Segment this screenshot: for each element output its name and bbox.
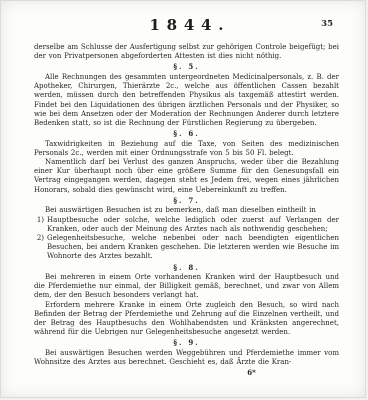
document-body: derselbe am Schlusse der Ausfertigung se… [34,43,339,377]
section-6-paragraph-1: Taxwidrigkeiten in Beziehung auf die Tax… [34,140,339,158]
section-6-heading: §. 6. [34,129,339,139]
list-item-2-label: 2) [34,234,47,262]
section-5-paragraph-1: Alle Rechnungen des gesammten untergeord… [34,73,339,128]
section-9-heading: §. 9. [34,338,339,348]
intro-paragraph: derselbe am Schlusse der Ausfertigung se… [34,43,339,61]
section-6-paragraph-2: Namentlich darf bei Verlust des ganzen A… [34,158,339,195]
list-item-1-text: Hauptbesuche oder solche, welche ledigli… [47,216,339,234]
signature-mark: 6* [34,368,339,377]
section-8-paragraph-2: Erfordern mehrere Kranke in einem Orte z… [34,301,339,338]
list-item-2-text: Gelegenheitsbesuche, welche nebenbei ode… [47,234,339,262]
section-8-heading: §. 8. [34,263,339,273]
page-number: 35 [321,19,333,29]
section-7-paragraph-1: Bei auswärtigen Besuchen ist zu bemerken… [34,206,339,215]
section-5-heading: §. 5. [34,62,339,72]
page-header: 1844. 35 [34,15,339,37]
year-heading: 1844. [143,16,230,34]
page-content: 1844. 35 derselbe am Schlusse der Ausfer… [34,15,339,377]
list-item-1-label: 1) [34,216,47,234]
section-8-paragraph-1: Bei mehreren in einem Orte vorhandenen K… [34,273,339,301]
scanned-document-page: 1844. 35 derselbe am Schlusse der Ausfer… [0,0,366,398]
section-9-paragraph-1: Bei auswärtigen Besuchen werden Weggebüh… [34,349,339,367]
section-7-list-item-2: 2) Gelegenheitsbesuche, welche nebenbei … [34,234,339,262]
section-7-list-item-1: 1) Hauptbesuche oder solche, welche ledi… [34,216,339,234]
section-7-heading: §. 7. [34,196,339,206]
